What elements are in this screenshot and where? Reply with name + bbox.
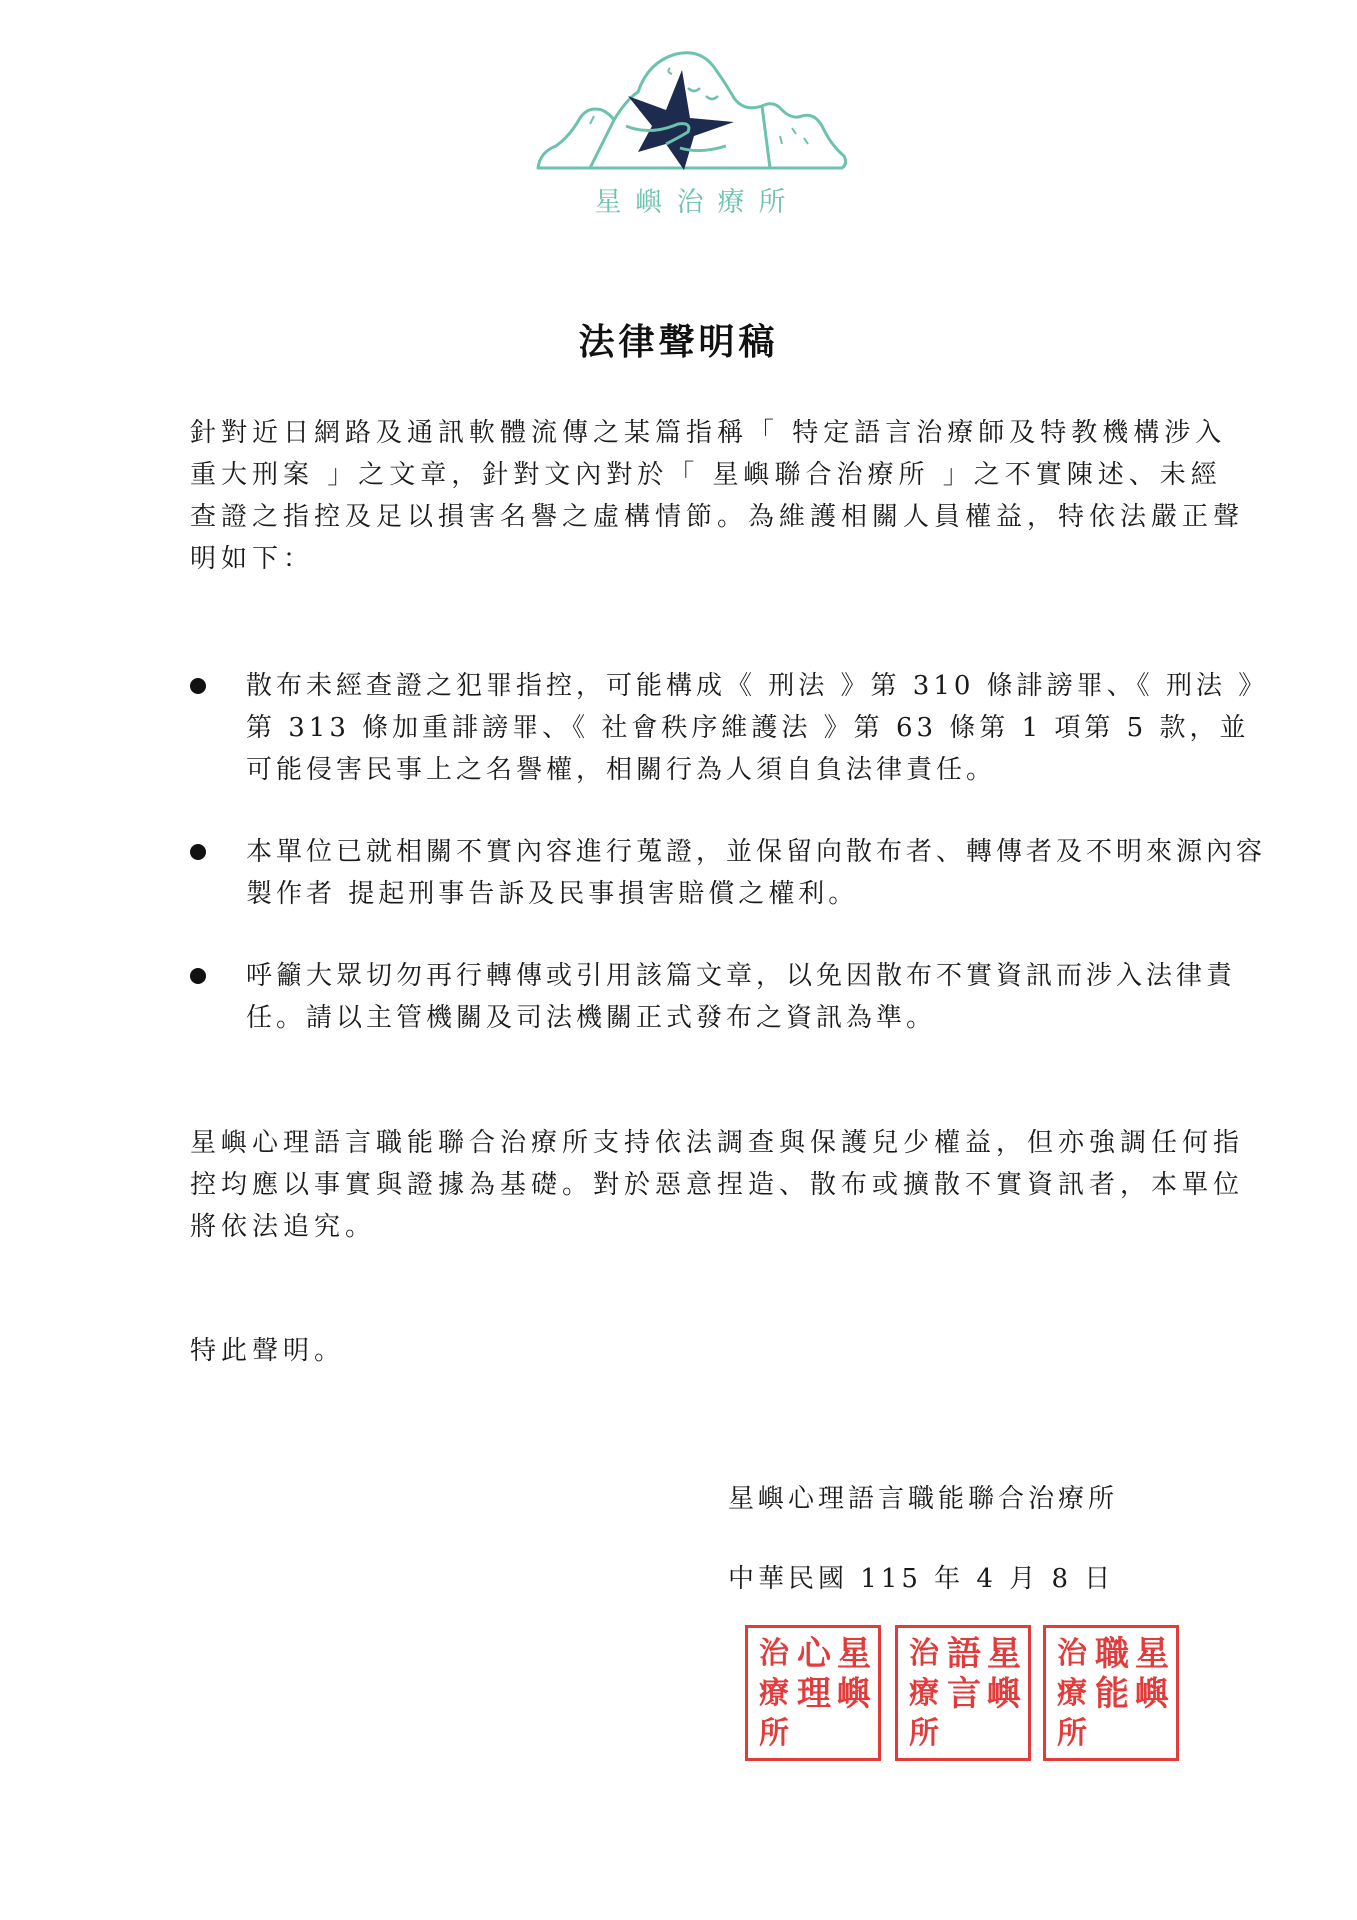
document-date: 中華民國 115 年 4 月 8 日 bbox=[728, 1558, 1114, 1595]
seal-col: 治療所 bbox=[754, 1634, 794, 1754]
seal-col: 語言 bbox=[944, 1634, 984, 1714]
statement-list: 散布未經查證之犯罪指控，可能構成《 刑法 》第 310 條誹謗罪、《 刑法 》第… bbox=[190, 665, 1270, 1039]
mountain-star-logo-icon bbox=[530, 40, 850, 180]
bullet-dot-icon bbox=[190, 678, 206, 694]
seal-stamp-psychology: 星嶼 心理 治療所 bbox=[745, 1625, 881, 1761]
clinic-logo: 星嶼治療所 bbox=[530, 40, 850, 220]
list-item-text: 呼籲大眾切勿再行轉傳或引用該篇文章，以免因散布不實資訊而涉入法律責任。請以主管機… bbox=[246, 961, 1236, 1033]
closing-line: 特此聲明。 bbox=[190, 1330, 1250, 1372]
list-item: 呼籲大眾切勿再行轉傳或引用該篇文章，以免因散布不實資訊而涉入法律責任。請以主管機… bbox=[190, 955, 1270, 1039]
seal-col: 心理 bbox=[794, 1634, 834, 1714]
seal-col: 職能 bbox=[1092, 1634, 1132, 1714]
list-item: 本單位已就相關不實內容進行蒐證，並保留向散布者、轉傳者及不明來源內容製作者 提起… bbox=[190, 831, 1270, 915]
intro-paragraph: 針對近日網路及通訊軟體流傳之某篇指稱「 特定語言治療師及特教機構涉入重大刑案 」… bbox=[190, 412, 1250, 580]
signer-name: 星嶼心理語言職能聯合治療所 bbox=[728, 1478, 1118, 1515]
seal-col: 星嶼 bbox=[834, 1634, 874, 1714]
logo-text: 星嶼治療所 bbox=[530, 180, 850, 219]
seal-col: 星嶼 bbox=[1132, 1634, 1172, 1714]
bullet-dot-icon bbox=[190, 844, 206, 860]
list-item-text: 散布未經查證之犯罪指控，可能構成《 刑法 》第 310 條誹謗罪、《 刑法 》第… bbox=[246, 671, 1268, 785]
document-title: 法律聲明稿 bbox=[0, 314, 1357, 365]
seal-stamp-occupational: 星嶼 職能 治療所 bbox=[1043, 1625, 1179, 1761]
closing-paragraph: 星嶼心理語言職能聯合治療所支持依法調查與保護兒少權益，但亦強調任何指控均應以事實… bbox=[190, 1122, 1250, 1248]
seal-col: 治療所 bbox=[904, 1634, 944, 1754]
seal-col: 治療所 bbox=[1052, 1634, 1092, 1754]
bullet-dot-icon bbox=[190, 968, 206, 984]
seal-stamp-speech: 星嶼 語言 治療所 bbox=[895, 1625, 1031, 1761]
seal-col: 星嶼 bbox=[984, 1634, 1024, 1714]
list-item: 散布未經查證之犯罪指控，可能構成《 刑法 》第 310 條誹謗罪、《 刑法 》第… bbox=[190, 665, 1270, 791]
list-item-text: 本單位已就相關不實內容進行蒐證，並保留向散布者、轉傳者及不明來源內容製作者 提起… bbox=[246, 837, 1266, 909]
